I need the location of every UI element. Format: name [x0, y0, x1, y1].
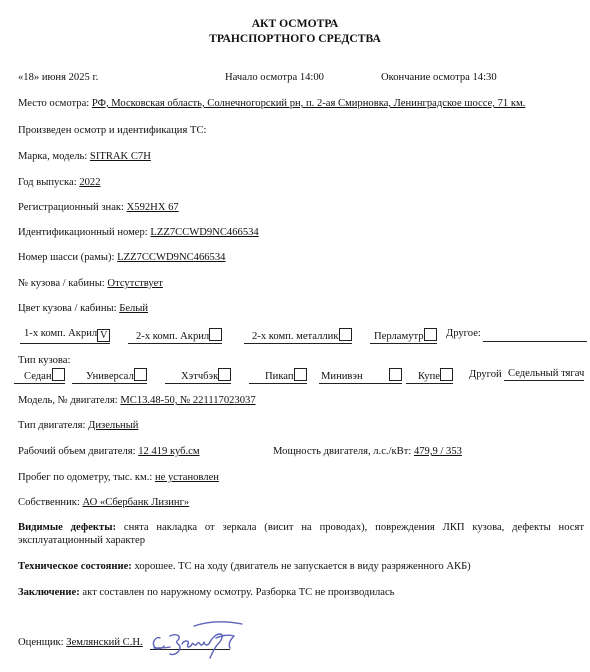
appraiser-label: Оценщик:	[18, 637, 64, 648]
engine-volume-value: 12 419 куб.см	[138, 446, 199, 457]
mileage-field: Пробег по одометру, тыс. км.: не установ…	[18, 472, 219, 483]
document-title-line2: ТРАНСПОРТНОГО СРЕДСТВА	[0, 32, 590, 45]
chassis-label: Номер шасси (рамы):	[18, 252, 115, 263]
engine-model-label: Модель, № двигателя:	[18, 395, 118, 406]
mileage-label: Пробег по одометру, тыс. км.:	[18, 472, 152, 483]
plate-field: Регистрационный знак: Х592НХ 67	[18, 202, 179, 213]
checkbox-paint-acrylic-1[interactable]: V	[97, 329, 110, 342]
checkbox-paint-metallic[interactable]	[339, 328, 352, 341]
paint-option-label: Перламутр	[374, 331, 424, 342]
inspection-end: Окончание осмотра 14:30	[381, 72, 497, 83]
paint-other-label: Другое:	[446, 328, 481, 339]
year-label: Год выпуска:	[18, 177, 77, 188]
engine-power-field: Мощность двигателя, л.с./кВт: 479,9 / 35…	[273, 446, 462, 457]
body-type-label: Тип кузова:	[18, 355, 70, 366]
make-model-field: Марка, модель: SITRAK C7H	[18, 151, 151, 162]
checkbox-paint-pearl[interactable]	[424, 328, 437, 341]
appraiser-field: Оценщик: Землянский С.Н.	[18, 637, 143, 648]
vin-value: LZZ7CCWD9NC466534	[150, 227, 258, 238]
defects-label: Видимые дефекты:	[18, 522, 116, 533]
body-type-other-label: Другой	[469, 369, 502, 380]
checkbox-body-sedan[interactable]	[52, 368, 65, 381]
make-label: Марка, модель:	[18, 151, 87, 162]
location-label: Место осмотра:	[18, 98, 89, 109]
condition-value: хорошее. ТС на ходу (двигатель не запуск…	[134, 561, 470, 572]
vin-field: Идентификационный номер: LZZ7CCWD9NC4665…	[18, 227, 259, 238]
body-type-pickup: Пикап	[249, 368, 307, 384]
paint-option-acrylic-2: 2-х комп. Акрил	[128, 328, 222, 344]
body-type-wagon: Универсал	[72, 368, 147, 384]
paint-option-acrylic-1: 1-х комп. АкрилV	[20, 328, 110, 344]
condition-label: Техническое состояние:	[18, 561, 132, 572]
engine-type-label: Тип двигателя:	[18, 420, 85, 431]
body-type-coupe: Купе	[406, 368, 453, 384]
body-type-option-label: Универсал	[86, 371, 134, 382]
body-number-label: № кузова / кабины:	[18, 278, 105, 289]
body-type-option-label: Минивэн	[321, 371, 363, 382]
end-time: 14:30	[472, 72, 496, 83]
vin-label: Идентификационный номер:	[18, 227, 148, 238]
conclusion: Заключение: акт составлен по наружному о…	[18, 587, 395, 598]
body-number-value: Отсутствует	[107, 278, 163, 289]
engine-volume-label: Рабочий объем двигателя:	[18, 446, 136, 457]
chassis-value: LZZ7CCWD9NC466534	[117, 252, 225, 263]
plate-label: Регистрационный знак:	[18, 202, 124, 213]
engine-power-value: 479,9 / 353	[414, 446, 462, 457]
identification-heading: Произведен осмотр и идентификация ТС:	[18, 125, 206, 136]
document-title-line1: АКТ ОСМОТРА	[0, 17, 590, 30]
technical-condition: Техническое состояние: хорошее. ТС на хо…	[18, 561, 471, 572]
paint-option-pearl: Перламутр	[370, 328, 437, 344]
engine-model-value: MC13.48-50, № 221117023037	[120, 395, 255, 406]
start-label: Начало осмотра	[225, 72, 297, 83]
conclusion-value: акт составлен по наружному осмотру. Разб…	[82, 587, 394, 598]
inspection-date: «18» июня 2025 г.	[18, 72, 98, 83]
owner-label: Собственник:	[18, 497, 80, 508]
checkbox-body-wagon[interactable]	[134, 368, 147, 381]
location-value: РФ, Московская область, Солнечногорский …	[92, 98, 525, 109]
year-value: 2022	[79, 177, 100, 188]
checkbox-body-pickup[interactable]	[294, 368, 307, 381]
body-type-option-label: Седан	[24, 371, 52, 382]
end-label: Окончание осмотра	[381, 72, 470, 83]
body-type-hatchback: Хэтчбэк	[165, 368, 231, 384]
paint-option-label: 2-х комп. металлик	[252, 331, 339, 342]
plate-value: Х592НХ 67	[127, 202, 179, 213]
body-type-other-value: Седельный тягач	[504, 368, 584, 381]
owner-field: Собственник: АО «Сбербанк Лизинг»	[18, 497, 189, 508]
paint-option-label: 1-х комп. Акрил	[24, 328, 97, 339]
mileage-value: не установлен	[155, 472, 219, 483]
engine-power-label: Мощность двигателя, л.с./кВт:	[273, 446, 411, 457]
body-type-option-label: Купе	[418, 371, 440, 382]
color-field: Цвет кузова / кабины: Белый	[18, 303, 148, 314]
engine-model-field: Модель, № двигателя: MC13.48-50, № 22111…	[18, 395, 256, 406]
color-value: Белый	[119, 303, 148, 314]
body-type-minivan: Минивэн	[319, 368, 402, 384]
checkbox-paint-acrylic-2[interactable]	[209, 328, 222, 341]
paint-other-input[interactable]	[483, 341, 587, 342]
color-label: Цвет кузова / кабины:	[18, 303, 117, 314]
engine-volume-field: Рабочий объем двигателя: 12 419 куб.см	[18, 446, 200, 457]
paint-option-label: 2-х комп. Акрил	[136, 331, 209, 342]
paint-option-metallic: 2-х комп. металлик	[244, 328, 352, 344]
conclusion-label: Заключение:	[18, 587, 80, 598]
body-type-option-label: Пикап	[265, 371, 294, 382]
chassis-field: Номер шасси (рамы): LZZ7CCWD9NC466534	[18, 252, 225, 263]
make-value: SITRAK C7H	[90, 151, 151, 162]
body-number-field: № кузова / кабины: Отсутствует	[18, 278, 163, 289]
body-type-sedan: Седан	[14, 368, 65, 384]
engine-type-field: Тип двигателя: Дизельный	[18, 420, 138, 431]
year-field: Год выпуска: 2022	[18, 177, 101, 188]
engine-type-value: Дизельный	[88, 420, 138, 431]
inspection-start: Начало осмотра 14:00	[225, 72, 324, 83]
checkbox-body-coupe[interactable]	[440, 368, 453, 381]
checkbox-body-minivan[interactable]	[389, 368, 402, 381]
visible-defects: Видимые дефекты: снята накладка от зерка…	[18, 521, 584, 547]
location-field: Место осмотра: РФ, Московская область, С…	[18, 98, 525, 109]
body-type-option-label: Хэтчбэк	[181, 371, 218, 382]
checkbox-body-hatchback[interactable]	[218, 368, 231, 381]
signature-icon	[150, 618, 250, 662]
appraiser-name: Землянский С.Н.	[66, 637, 142, 648]
start-time: 14:00	[300, 72, 324, 83]
owner-value: АО «Сбербанк Лизинг»	[82, 497, 189, 508]
